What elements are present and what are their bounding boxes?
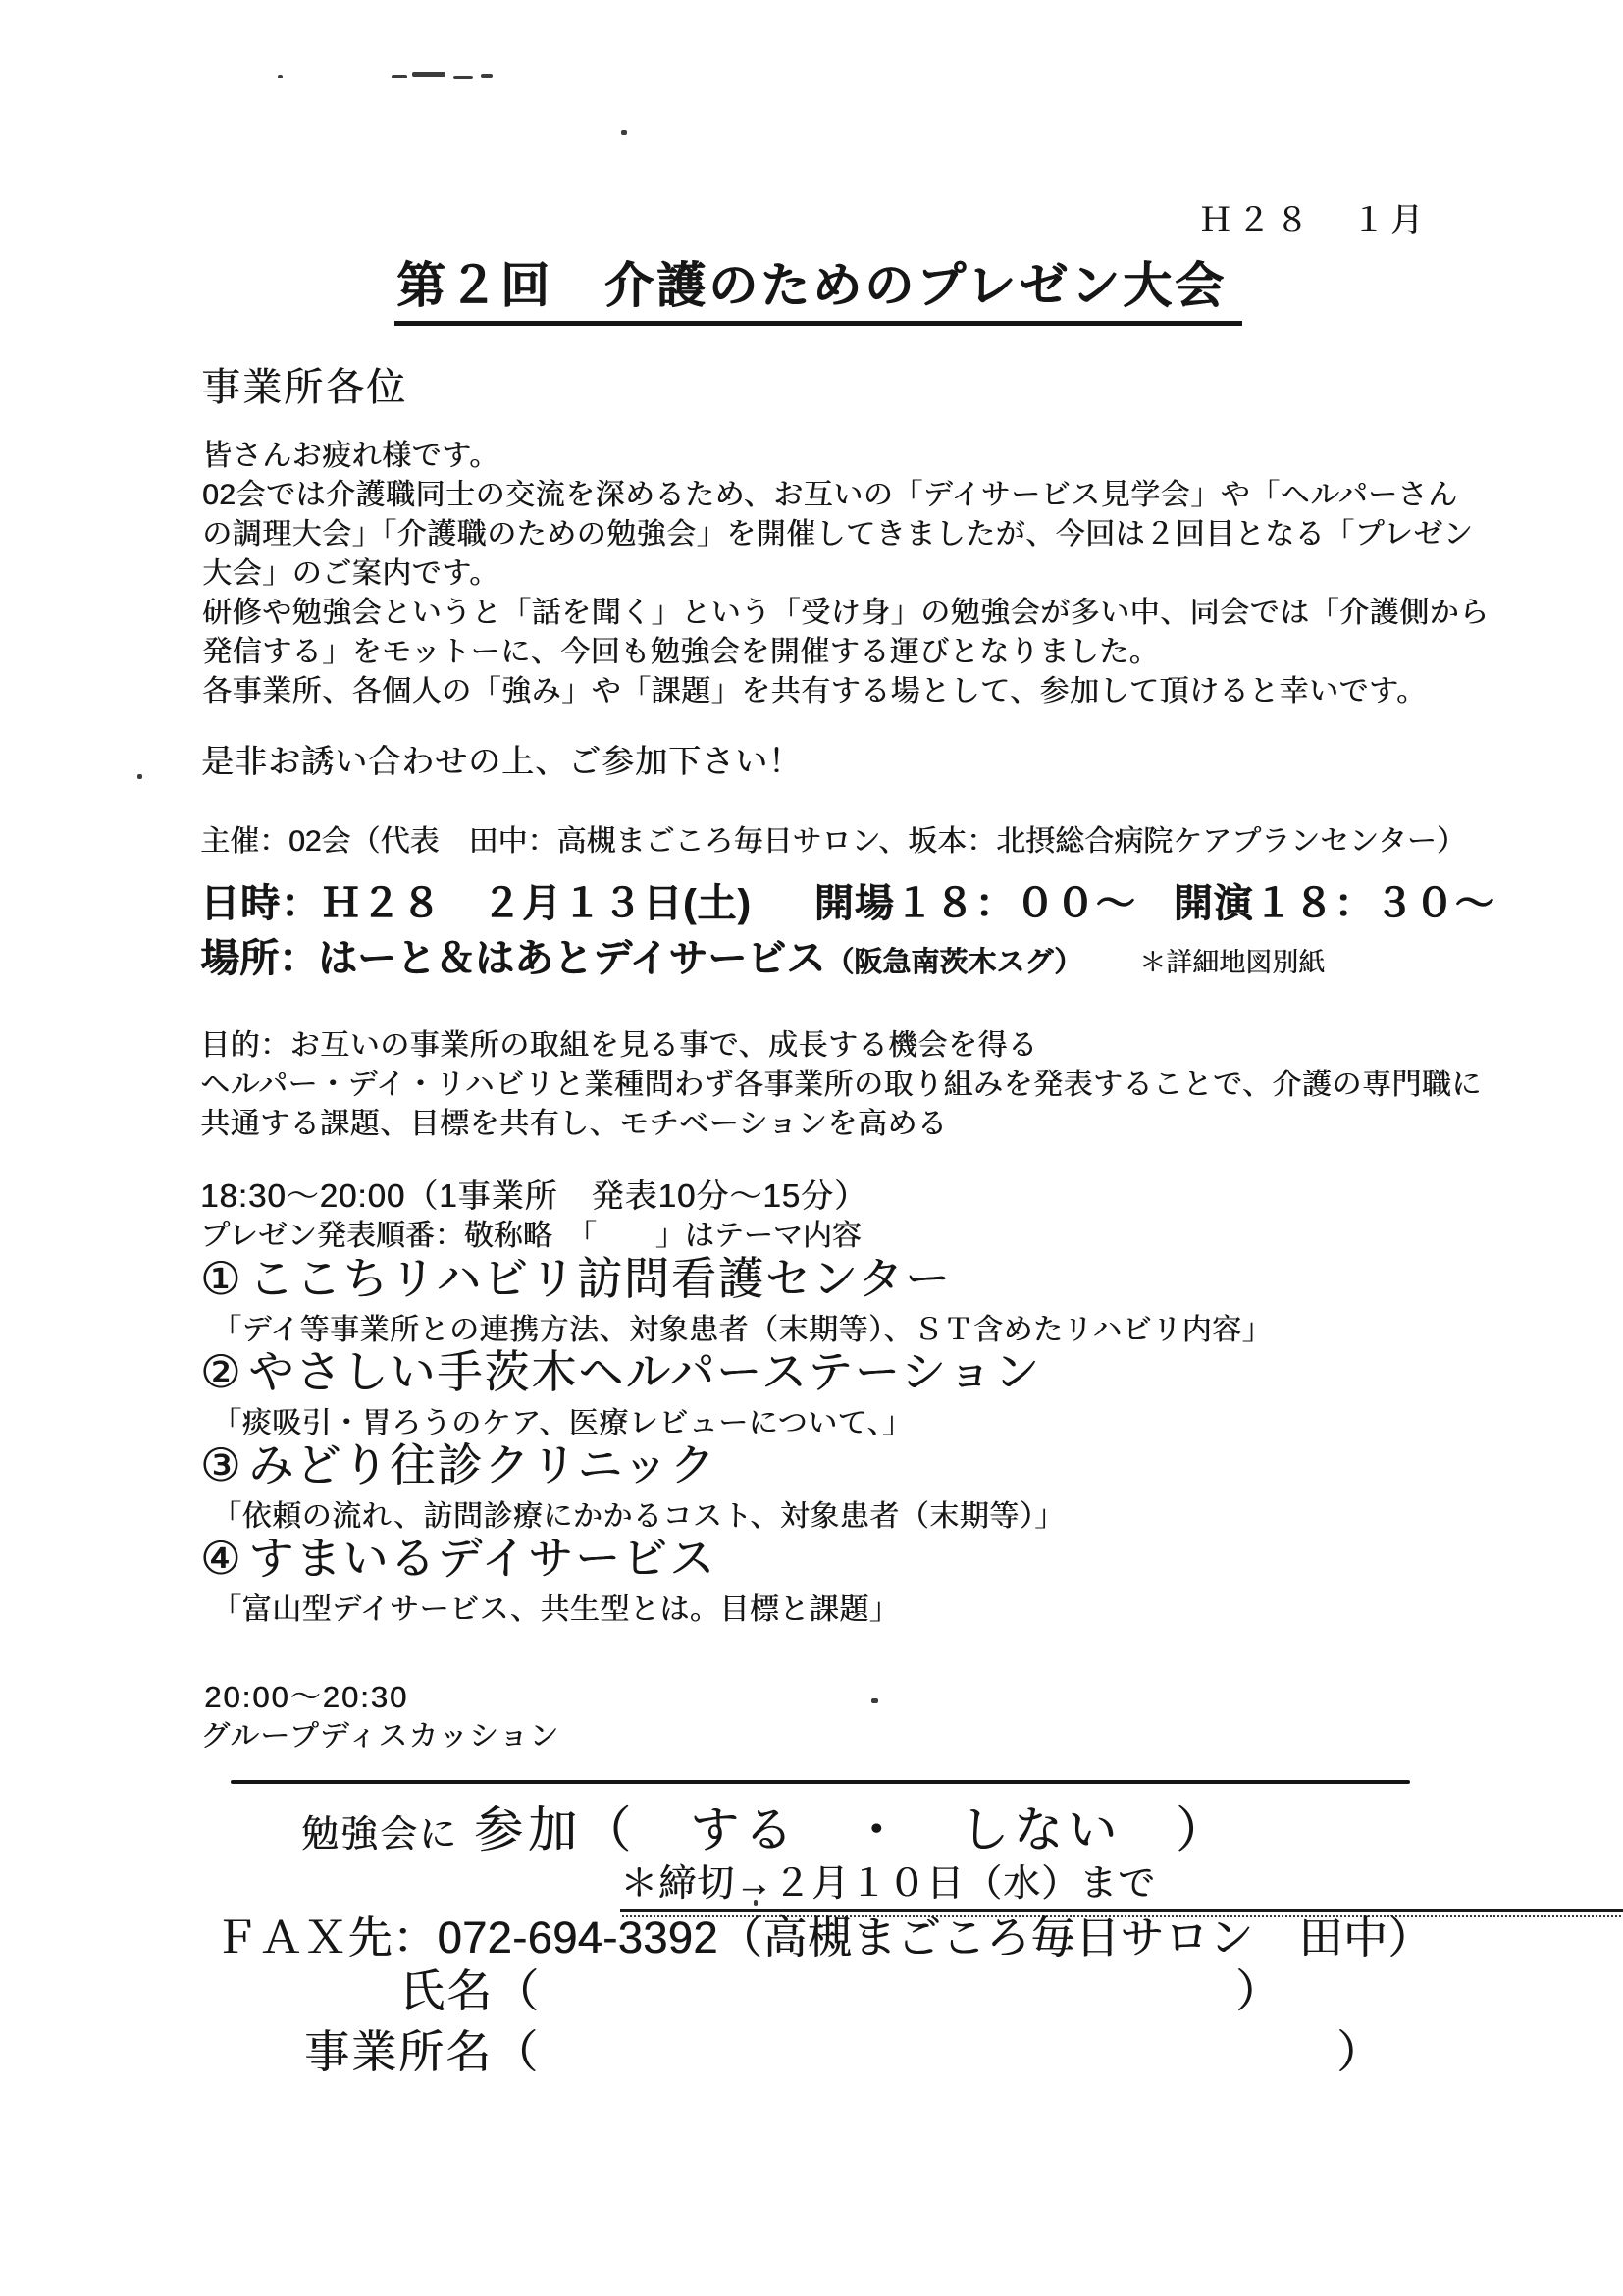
place-station-note: （阪急南茨木スグ）: [825, 947, 1082, 978]
scan-noise-mark: [453, 76, 473, 79]
presentation-name: ここちリハビリ訪問看護センター: [248, 1253, 952, 1304]
schedule-time: 18:30～20:00（1事業所 発表10分～15分）: [200, 1177, 867, 1216]
intro-line: の調理大会」「介護職のための勉強会」を開催してきましたが、今回は２回目となる「プ…: [202, 517, 1473, 551]
presentation-item: ④すまいるデイサービス: [200, 1532, 716, 1585]
datetime-label: 日時：: [200, 882, 321, 925]
salutation: 事業所各位: [201, 365, 407, 411]
purpose-line: 目的：お互いの事業所の取組を見る事で、成長する機会を得る: [200, 1028, 1037, 1063]
place-label: 場所：: [200, 937, 318, 980]
presentation-item: ③みどり往診クリニック: [200, 1438, 717, 1491]
scan-noise-mark: [621, 130, 627, 135]
section-divider: [231, 1780, 1410, 1784]
presentation-number: ②: [200, 1346, 242, 1397]
presentation-name: みどり往診クリニック: [248, 1439, 716, 1490]
scan-noise-mark: [871, 1698, 878, 1703]
place-name: はーと＆はあとデイサービス: [318, 937, 825, 980]
fax-line: ＦＡＸ先：072-694-3392（高槻まごころ毎日サロン 田中）: [214, 1911, 1433, 1963]
scan-noise-mark: [278, 75, 283, 78]
presentation-name: すまいるデイサービス: [248, 1533, 716, 1584]
scan-noise-mark: [412, 72, 445, 77]
presentation-theme: 「デイ等事業所との連携方法、対象患者（末期等）、ＳＴ含めたリハビリ内容」: [212, 1313, 1272, 1347]
office-field-line: 事業所名（ ）: [304, 2025, 1384, 2078]
presentation-name: やさしい手茨木ヘルパーステーション: [248, 1346, 1041, 1397]
presentation-item: ②やさしい手茨木ヘルパーステーション: [200, 1345, 1041, 1398]
intro-line: 大会」のご案内です。: [202, 556, 499, 591]
office-close-paren: ）: [1336, 2025, 1384, 2078]
place-line: 場所：はーと＆はあとデイサービス（阪急南茨木スグ）＊詳細地図別紙: [200, 936, 1325, 982]
date-note: Ｈ２８ １月: [1199, 201, 1429, 239]
presentation-number: ④: [200, 1533, 242, 1584]
map-note: ＊詳細地図別紙: [1139, 948, 1325, 977]
intro-line: 発信する」をモットーに、今回も勉強会を開催する運びとなりました。: [202, 635, 1159, 669]
scanned-document-page: Ｈ２８ １月 第２回 介護のためのプレゼン大会 事業所各位 皆さんお疲れ様です。…: [0, 0, 1623, 2296]
deadline-note: ＊締切→２月１０日（水）まで: [620, 1862, 1623, 1912]
discussion-label: グループディスカッション: [200, 1719, 559, 1753]
purpose-line: ヘルパー・デイ・リハビリと業種問わず各事業所の取り組みを発表することで、介護の専…: [200, 1068, 1482, 1102]
datetime-date: Ｈ２８ ２月１３日(土): [321, 882, 752, 925]
scan-noise-mark: [392, 75, 407, 78]
name-label: 氏名（: [399, 1964, 541, 2017]
invite-line: 是非お誘い合わせの上、ご参加下さい！: [201, 743, 802, 781]
presentation-number: ①: [200, 1253, 242, 1304]
intro-line: 研修や勉強会というと「話を聞く」という「受け身」の勉強会が多い中、同会では「介護…: [202, 596, 1490, 630]
presentation-item: ①ここちリハビリ訪問看護センター: [200, 1252, 952, 1305]
name-field-line: 氏名（ ）: [399, 1964, 1283, 2017]
datetime-start: 開演１８：３０～: [1174, 882, 1495, 925]
presentation-theme: 「痰吸引・胃ろうのケア、医療レビューについて、」: [212, 1406, 912, 1440]
presentation-number: ③: [200, 1439, 242, 1490]
attend-options: 参加（ する ・ しない ）: [474, 1801, 1230, 1859]
page-title: 第２回 介護のためのプレゼン大会: [394, 257, 1242, 326]
intro-line: 02会では介護職同士の交流を深めるため、お互いの「デイサービス見学会」や「ヘルパ…: [202, 478, 1457, 512]
scan-noise-mark: [481, 74, 493, 78]
presentation-theme: 「依頼の流れ、訪問診療にかかるコスト、対象患者（末期等）」: [212, 1499, 1065, 1534]
discussion-time: 20:00～20:30: [204, 1680, 408, 1716]
presentation-order-note: プレゼン発表順番：敬称略 「 」はテーマ内容: [200, 1219, 862, 1253]
presentation-theme: 「富山型デイサービス、共生型とは。目標と課題」: [212, 1592, 899, 1627]
name-close-paren: ）: [1235, 1964, 1283, 2017]
purpose-line: 共通する課題、目標を共有し、モチベーションを高める: [200, 1107, 947, 1141]
intro-line: 皆さんお疲れ様です。: [202, 439, 499, 473]
attend-prefix: 勉強会に: [301, 1813, 458, 1857]
datetime-open: 開場１８：００～: [814, 882, 1136, 925]
scan-noise-mark: [137, 774, 142, 779]
intro-line: 各事業所、各個人の「強み」や「課題」を共有する場として、参加して頂けると幸いです…: [202, 674, 1427, 708]
host-line: 主催：02会（代表 田中：高槻まごころ毎日サロン、坂本：北摂総合病院ケアプランセ…: [200, 824, 1466, 859]
attend-line: 勉強会に 参加（ する ・ しない ）: [301, 1801, 1230, 1859]
datetime-line: 日時：Ｈ２８ ２月１３日(土)開場１８：００～開演１８：３０～: [200, 881, 1495, 927]
office-label: 事業所名（: [304, 2025, 540, 2078]
